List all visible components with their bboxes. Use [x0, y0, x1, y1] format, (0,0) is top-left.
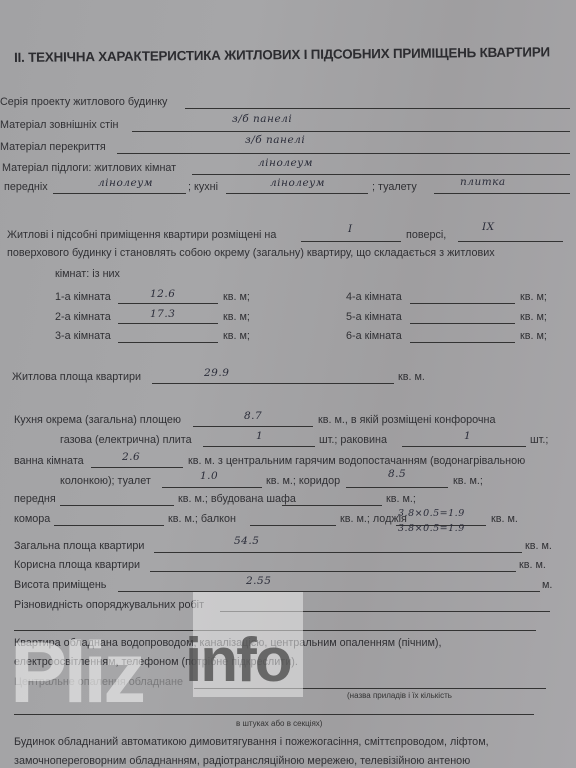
useful-area-unit: кв. м. [519, 559, 546, 571]
toilet-floor-line [434, 193, 570, 194]
hall-floor-value: лінолеум [98, 177, 153, 189]
room-3-label: 3-а кімната [55, 330, 111, 342]
storage-label: комора [14, 513, 50, 525]
useful-area-line [150, 571, 516, 572]
hall-label: передня [14, 493, 56, 505]
floor-number-line [301, 241, 401, 242]
series-row: Серія проекту житлового будинку [0, 96, 576, 112]
series-label: Серія проекту житлового будинку [0, 96, 167, 108]
sink-value: 1 [464, 430, 471, 442]
room-1-label: 1-а кімната [55, 291, 111, 303]
living-area-value: 29.9 [204, 367, 229, 379]
stove-label: газова (електрична) плита [60, 434, 192, 446]
stove-value: 1 [256, 430, 263, 442]
total-area-row: Загальна площа квартири 54.5 кв. м. [14, 540, 574, 556]
toilet-floor-value: плитка [460, 176, 506, 188]
total-area-line [154, 552, 522, 553]
stove-unit: шт.; раковина [319, 434, 387, 446]
corridor-line [346, 487, 448, 488]
loggia-value: 3.8×0.5=1.9 [398, 508, 465, 519]
useful-area-label: Корисна площа квартири [14, 559, 140, 571]
heating-note-1: (назва приладів і їх кількість [347, 691, 452, 700]
room-1-value: 12.6 [150, 288, 175, 300]
corridor-label: кв. м.; коридор [266, 475, 340, 487]
kitchen-label: Кухня окрема (загальна) площею [14, 414, 181, 426]
ceiling-row: Матеріал перекриття з/б панелі [0, 141, 576, 157]
living-area-row: Житлова площа квартири 29.9 кв. м. [12, 371, 572, 387]
kitchen-row: Кухня окрема (загальна) площею 8.7 кв. м… [14, 414, 574, 430]
corridor-unit: кв. м.; [453, 475, 483, 487]
kitchen-line [193, 426, 313, 427]
living-area-label: Житлова площа квартири [12, 371, 141, 383]
wardrobe-unit: кв. м.; [386, 493, 416, 505]
wardrobe-line [282, 505, 382, 506]
walls-line [132, 131, 570, 132]
stove-line [203, 446, 315, 447]
location-label: Житлові і підсобні приміщення квартири р… [7, 229, 276, 241]
storage-line [54, 525, 164, 526]
building-row-1: Будинок обладнаний автоматикою димовитяг… [14, 736, 574, 752]
total-area-unit: кв. м. [525, 540, 552, 552]
room-6-row: 6-а кімната кв. м; [346, 330, 566, 346]
hall-unit: кв. м.; вбудована шафа [178, 493, 296, 505]
balcony-unit: кв. м.; лоджія [340, 513, 407, 525]
floor-line [192, 174, 570, 175]
walls-value: з/б панелі [232, 113, 292, 125]
kitchen-floor-line [226, 193, 368, 194]
room-3-unit: кв. м; [223, 330, 250, 342]
location-row-1: Житлові і підсобні приміщення квартири р… [0, 229, 576, 245]
room-4-unit: кв. м; [520, 291, 547, 303]
bath-label: ванна кімната [14, 455, 84, 467]
room-5-unit: кв. м; [520, 311, 547, 323]
ceiling-line [117, 153, 570, 154]
room-6-label: 6-а кімната [346, 330, 402, 342]
bath-after: кв. м. з центральним гарячим водопостача… [188, 455, 525, 467]
room-6-line [410, 342, 515, 343]
total-floors-value: IX [482, 221, 495, 233]
useful-area-row: Корисна площа квартири кв. м. [14, 559, 574, 575]
floor-value: лінолеум [258, 157, 313, 169]
room-4-row: 4-а кімната кв. м; [346, 291, 566, 307]
room-1-row: 1-а кімната 12.6 кв. м; [55, 291, 275, 307]
room-3-row: 3-а кімната кв. м; [55, 330, 275, 346]
height-unit: м. [542, 579, 552, 591]
sink-line [402, 446, 526, 447]
bath-row: ванна кімната 2.6 кв. м. з центральним г… [14, 455, 574, 471]
storage-unit: кв. м.; балкон [168, 513, 236, 525]
section-title: II. ТЕХНІЧНА ХАРАКТЕРИСТИКА ЖИТЛОВИХ І П… [14, 44, 574, 65]
toilet-line [162, 487, 262, 488]
building-text-2: замочнопереговорним обладнанням, радіотр… [14, 755, 470, 767]
room-3-line [118, 342, 218, 343]
location-text-2: поверхового будинку і становлять собою о… [7, 247, 495, 259]
hall-floor-label: передніх [4, 181, 48, 193]
stove-row: газова (електрична) плита 1 шт.; раковин… [60, 434, 570, 450]
corridor-value: 8.5 [388, 468, 406, 480]
floor-label: Матеріал підлоги: житлових кімнат [2, 162, 176, 174]
toilet-label: колонкою); туалет [60, 475, 151, 487]
room-5-line [410, 323, 515, 324]
kitchen-floor-label: ; кухні [188, 181, 218, 193]
toilet-floor-label: ; туалету [372, 181, 417, 193]
total-area-value: 54.5 [234, 535, 259, 547]
room-4-line [410, 303, 515, 304]
room-2-unit: кв. м; [223, 311, 250, 323]
total-area-label: Загальна площа квартири [14, 540, 144, 552]
watermark-info: info [185, 630, 291, 692]
watermark: Pliz info [10, 590, 300, 730]
hall-wardrobe-row: передня кв. м.; вбудована шафа кв. м.; [14, 493, 574, 509]
toilet-value: 1.0 [200, 470, 218, 482]
bath-value: 2.6 [122, 451, 140, 463]
kitchen-after: кв. м., в якій розміщені конфорочна [318, 414, 495, 426]
room-6-unit: кв. м; [520, 330, 547, 342]
room-1-line [118, 303, 218, 304]
floor-word: поверсі, [406, 229, 446, 241]
room-4-label: 4-а кімната [346, 291, 402, 303]
room-5-row: 5-а кімната кв. м; [346, 311, 566, 327]
hall-floor-line [53, 193, 186, 194]
room-2-label: 2-а кімната [55, 311, 111, 323]
ceiling-label: Матеріал перекриття [0, 141, 106, 153]
ceiling-value: з/б панелі [245, 134, 305, 146]
walls-label: Матеріал зовнішніх стін [0, 119, 118, 131]
toilet-corridor-row: колонкою); туалет 1.0 кв. м.; коридор 8.… [60, 475, 570, 491]
building-row-2: замочнопереговорним обладнанням, радіотр… [14, 755, 574, 768]
room-5-label: 5-а кімната [346, 311, 402, 323]
height-value: 2.55 [246, 575, 271, 587]
balcony-line [250, 525, 336, 526]
loggia-unit: кв. м. [491, 513, 518, 525]
document-page: II. ТЕХНІЧНА ХАРАКТЕРИСТИКА ЖИТЛОВИХ І П… [0, 0, 576, 768]
living-area-unit: кв. м. [398, 371, 425, 383]
room-2-value: 17.3 [150, 308, 175, 320]
room-1-unit: кв. м; [223, 291, 250, 303]
room-2-line [118, 323, 218, 324]
building-text-1: Будинок обладнаний автоматикою димовитяг… [14, 736, 489, 748]
location-text-3: кімнат: із них [55, 268, 120, 280]
hall-line [60, 505, 174, 506]
kitchen-value: 8.7 [244, 410, 262, 422]
bath-line [91, 467, 183, 468]
total-floors-line [458, 241, 563, 242]
series-line [185, 108, 570, 109]
living-area-line [152, 383, 394, 384]
kitchen-floor-value: лінолеум [270, 177, 325, 189]
room-2-row: 2-а кімната 17.3 кв. м; [55, 311, 275, 327]
floor-details-row: передніх лінолеум ; кухні лінолеум ; туа… [0, 181, 576, 197]
floor-number-value: I [348, 223, 353, 235]
watermark-pliz: Pliz [10, 630, 142, 716]
loggia-value-2: 3.8×0.5=1.9 [398, 523, 465, 534]
walls-row: Матеріал зовнішніх стін з/б панелі [0, 119, 576, 135]
storage-balcony-row: комора кв. м.; балкон кв. м.; лоджія 3.8… [14, 513, 574, 529]
sink-unit: шт.; [530, 434, 548, 446]
